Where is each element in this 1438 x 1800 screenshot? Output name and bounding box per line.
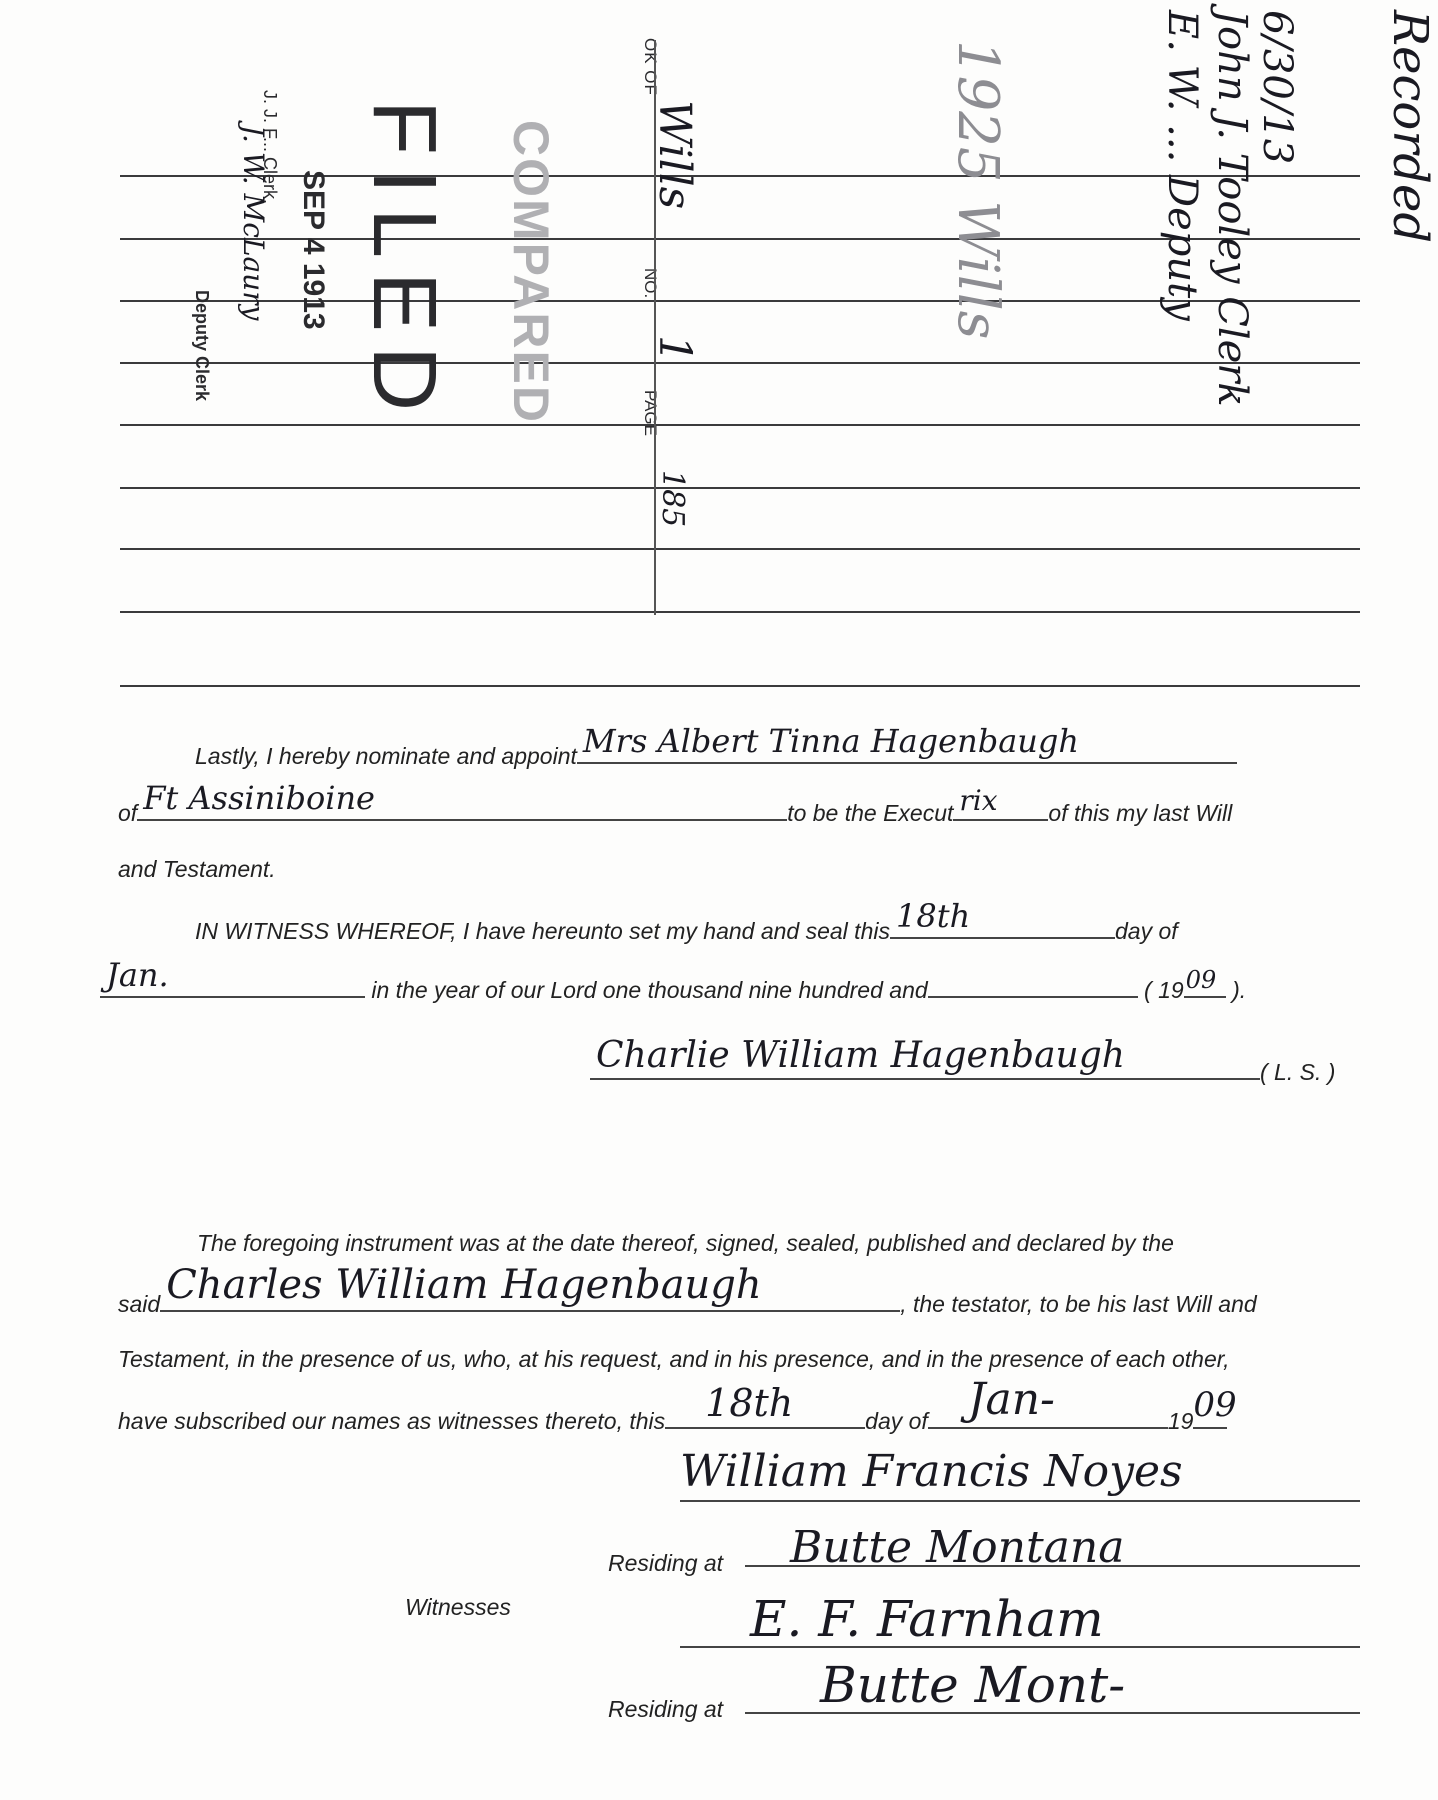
executor-text-1: Lastly, I hereby nominate and appoint	[195, 743, 577, 769]
attestation-text-4: have subscribed our names as witnesses t…	[118, 1408, 665, 1434]
month-field: Jan.	[100, 974, 365, 998]
year-words-field	[928, 974, 1138, 998]
year-prefix: 19	[1168, 1408, 1194, 1434]
rule-line	[120, 685, 1360, 687]
attest-month-field: Jan-	[928, 1405, 1168, 1429]
clerk-signature: J. W. McLaury	[237, 125, 270, 320]
executor-text-4: and Testament.	[118, 856, 276, 883]
handwritten-note-deputy: E. W. ... Deputy	[1159, 10, 1205, 321]
whereof-day: 18th	[896, 897, 970, 935]
executor-text-2: to be the Execut	[787, 800, 953, 826]
rule-line	[120, 487, 1360, 489]
whereof-text-2: day of	[1115, 918, 1178, 944]
day-field: 18th	[890, 915, 1115, 939]
whereof-text-3: in the year of our Lord one thousand nin…	[371, 977, 927, 1003]
no-value: 1	[649, 335, 700, 363]
ls-label: ( L. S. )	[1260, 1059, 1335, 1085]
testator-signature: Charlie William Hagenbaugh	[596, 1035, 1125, 1076]
pencil-note: 1925 Wills	[945, 40, 1010, 339]
page-value: 185	[655, 470, 690, 527]
compared-stamp: COMPARED	[502, 120, 560, 424]
whereof-text-1: IN WITNESS WHEREOF, I have hereunto set …	[195, 918, 890, 944]
attest-year-field: 09	[1193, 1405, 1227, 1429]
witness-2-residence: Butte Mont-	[820, 1656, 1125, 1714]
book-value: Wills	[649, 100, 700, 209]
witness-1-name-line	[680, 1500, 1360, 1502]
rule-line	[120, 424, 1360, 426]
place-field: Ft Assiniboine	[137, 797, 787, 821]
attestation-month: Jan-	[968, 1374, 1055, 1425]
attestation-day: 18th	[705, 1381, 793, 1425]
said-label: said	[118, 1291, 160, 1317]
witness-2-name: E. F. Farnham	[750, 1590, 1104, 1648]
attestation-text-2: , the testator, to be his last Will and	[900, 1291, 1256, 1317]
year-open: ( 19	[1144, 977, 1184, 1003]
deputy-label: Deputy Clerk	[191, 290, 212, 401]
whereof-month: Jan.	[106, 956, 169, 994]
executor-suffix: rix	[959, 784, 997, 817]
day-of-label: day of	[865, 1408, 928, 1434]
year-close: ).	[1226, 977, 1246, 1003]
suffix-field: rix	[953, 797, 1048, 821]
year-field: 09	[1184, 974, 1226, 998]
executor-name: Mrs Albert Tinna Hagenbaugh	[583, 722, 1079, 760]
witness-1-residence: Butte Montana	[790, 1522, 1124, 1573]
attestation-year: 09	[1193, 1385, 1236, 1425]
executor-place: Ft Assiniboine	[143, 779, 375, 817]
residing-label-1: Residing at	[608, 1550, 723, 1577]
of-label: of	[118, 800, 137, 826]
witnesses-label: Witnesses	[405, 1594, 511, 1621]
book-rule	[654, 40, 656, 615]
residing-label-2: Residing at	[608, 1696, 723, 1723]
page-label: PAGE	[640, 390, 660, 436]
handwritten-note-clerk: John J. Tooley Clerk	[1209, 10, 1255, 407]
rule-line	[120, 611, 1360, 613]
book-label: OK OF	[640, 38, 660, 96]
rule-line	[120, 362, 1360, 364]
executor-text-3: of this my last Will	[1048, 800, 1232, 826]
filed-date: SEP 4 1913	[296, 170, 330, 330]
rule-line	[120, 548, 1360, 550]
filed-stamp: FILED	[352, 100, 455, 425]
testator-signature-field: Charlie William Hagenbaugh	[590, 1056, 1260, 1080]
attestation-text-1: The foregoing instrument was at the date…	[197, 1230, 1174, 1257]
witness-1-name: William Francis Noyes	[680, 1446, 1183, 1497]
whereof-year: 09	[1186, 966, 1217, 994]
executor-name-field: Mrs Albert Tinna Hagenbaugh	[577, 740, 1237, 764]
handwritten-note-date: 6/30/13	[1254, 10, 1300, 164]
no-label: NO.	[640, 268, 660, 298]
attestation-text-3: Testament, in the presence of us, who, a…	[118, 1346, 1230, 1373]
testator-name-field: Charles William Hagenbaugh	[160, 1288, 900, 1312]
recorded-note: Recorded	[1382, 10, 1438, 243]
attestation-testator-name: Charles William Hagenbaugh	[166, 1262, 761, 1308]
attest-day-field: 18th	[665, 1405, 865, 1429]
